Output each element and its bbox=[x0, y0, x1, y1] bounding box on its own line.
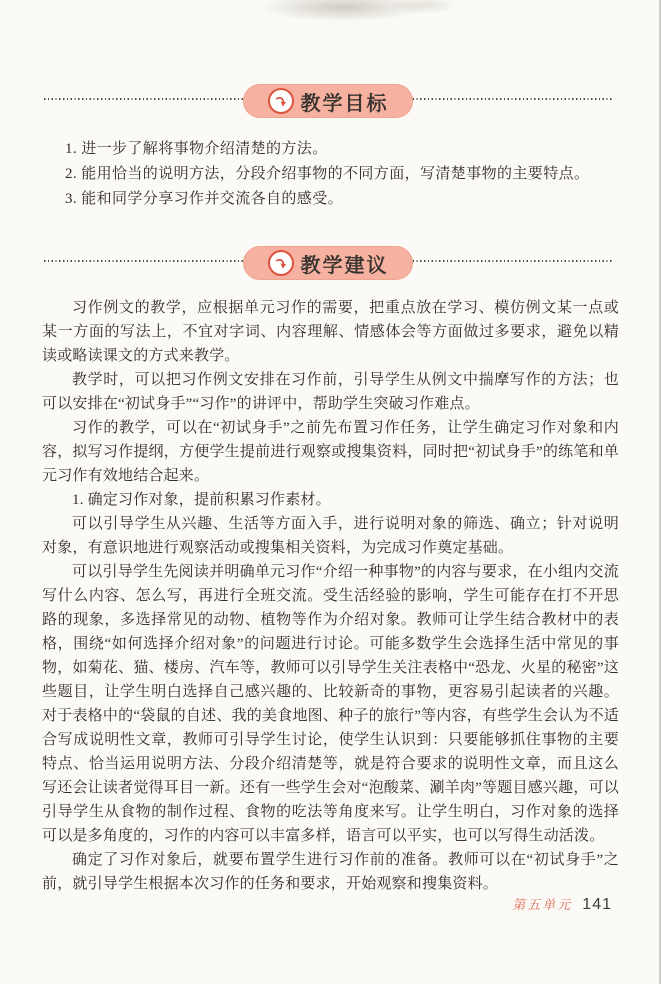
body-paragraph: 可以引导学生从兴趣、生活等方面入手，进行说明对象的筛选、确立；针对说明对象，有意… bbox=[42, 512, 619, 560]
body-paragraph: 确定了习作对象后，就要布置学生进行习作前的准备。教师可以在“初试身手”之前，就引… bbox=[42, 848, 619, 896]
objective-item: 2. 能用恰当的说明方法，分段介绍事物的不同方面，写清楚事物的主要特点。 bbox=[42, 162, 619, 187]
unit-label: 第五单元 bbox=[512, 894, 572, 913]
circle-badge bbox=[268, 250, 294, 276]
section-title: 教学目标 bbox=[301, 87, 389, 116]
curved-down-arrow-icon bbox=[273, 256, 288, 271]
circle-badge bbox=[268, 88, 294, 114]
page-number: 141 bbox=[582, 896, 612, 914]
body-paragraph: 习作的教学，可以在“初试身手”之前先布置习作任务，让学生确定习作对象和内容，拟写… bbox=[42, 416, 619, 488]
section-title: 教学建议 bbox=[301, 249, 389, 278]
curved-down-arrow-icon bbox=[273, 94, 288, 109]
section-pill: 教学建议 bbox=[243, 246, 413, 280]
objective-item: 3. 能和同学分享习作并交流各自的感受。 bbox=[42, 187, 619, 212]
suggestions-body: 习作例文的教学，应根据单元习作的需要，把重点放在学习、模仿例文某一点或某一方面的… bbox=[42, 296, 619, 896]
section-pill: 教学目标 bbox=[243, 84, 413, 118]
teaching-objectives-banner: 教学目标 bbox=[44, 84, 612, 118]
teaching-suggestions-banner: 教学建议 bbox=[44, 246, 612, 280]
body-paragraph: 1. 确定习作对象，提前积累习作素材。 bbox=[42, 488, 619, 512]
body-paragraph: 可以引导学生先阅读并明确单元习作“介绍一种事物”的内容与要求，在小组内交流写什么… bbox=[42, 560, 619, 848]
page-footer: 第五单元 141 bbox=[512, 894, 612, 914]
objectives-list: 1. 进一步了解将事物介绍清楚的方法。 2. 能用恰当的说明方法，分段介绍事物的… bbox=[42, 137, 619, 212]
textbook-page: 教学目标 1. 进一步了解将事物介绍清楚的方法。 2. 能用恰当的说明方法，分段… bbox=[0, 0, 661, 984]
body-paragraph: 习作例文的教学，应根据单元习作的需要，把重点放在学习、模仿例文某一点或某一方面的… bbox=[42, 296, 619, 368]
objective-item: 1. 进一步了解将事物介绍清楚的方法。 bbox=[42, 137, 619, 162]
body-paragraph: 教学时，可以把习作例文安排在习作前，引导学生从例文中揣摩写作的方法；也可以安排在… bbox=[42, 368, 619, 416]
